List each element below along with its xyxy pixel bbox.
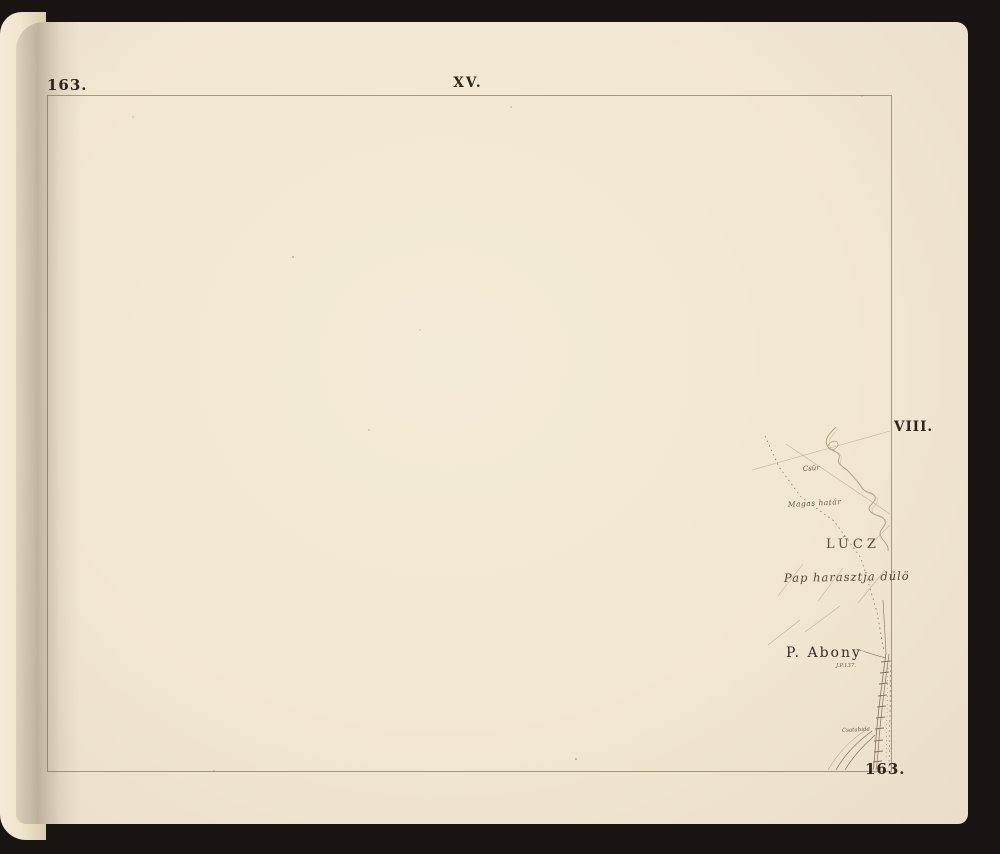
sheet-number-bottom-right: 163.: [865, 762, 906, 777]
map-frame-border: [47, 95, 892, 772]
neighbor-sheet-right: VIII.: [894, 421, 933, 435]
neighbor-sheet-top: XV.: [438, 77, 498, 91]
sheet-number-top-left: 163.: [47, 78, 88, 93]
scanned-atlas-sheet: 163. XV. VIII. 163.: [0, 0, 1000, 854]
